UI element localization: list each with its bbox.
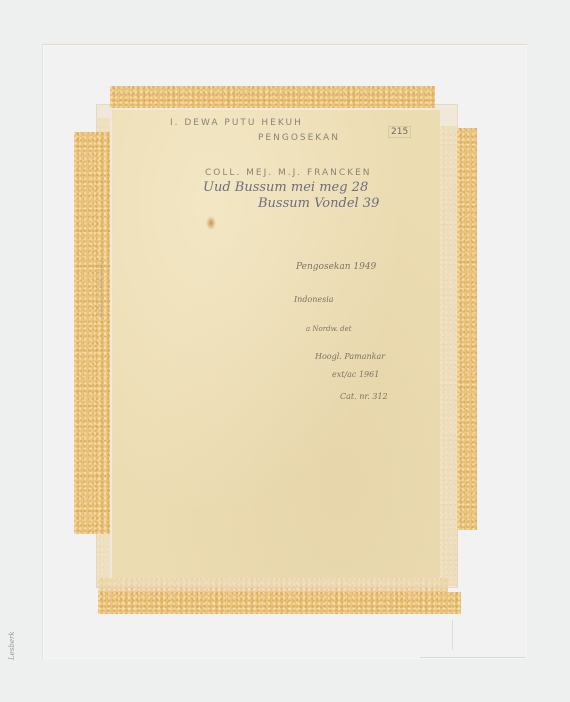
tape-strip-bottom — [98, 592, 461, 614]
tape-strip-left — [74, 132, 110, 534]
catalogue-number: Cat. nr. 312 — [340, 392, 388, 401]
pencil-note-1: Indonesia — [294, 295, 334, 304]
date-inscription: Pengosekan 1949 — [296, 262, 376, 272]
inventory-number: 215 — [388, 126, 411, 138]
foxing-stain — [206, 216, 216, 230]
place-inscription: PENGOSEKAN — [258, 133, 340, 143]
pencil-note-4: ext/ac 1961 — [332, 370, 379, 379]
tape-strip-right — [457, 128, 477, 530]
pencil-note-3: Hoogl. Pamankar — [315, 352, 385, 361]
mat-edge-line — [452, 620, 453, 650]
collection-inscription: COLL. MEJ. M.J. FRANCKEN — [205, 168, 372, 178]
address-line-1: Uud Bussum mei meg 28 — [203, 180, 368, 195]
tape-strip-top — [110, 86, 435, 108]
mat-edge-line — [420, 657, 526, 658]
address-line-2: Bussum Vondel 39 — [258, 196, 379, 211]
backing-board: I. DEWA PUTU HEKUH PENGOSEKAN 215 COLL. … — [0, 0, 570, 702]
vertical-pencil-note: faint pencil note — [96, 260, 104, 317]
pencil-note-2: a Nordw. det — [306, 325, 352, 333]
corner-pencil-note: Lesberk — [8, 631, 16, 660]
artist-inscription: I. DEWA PUTU HEKUH — [170, 118, 303, 128]
